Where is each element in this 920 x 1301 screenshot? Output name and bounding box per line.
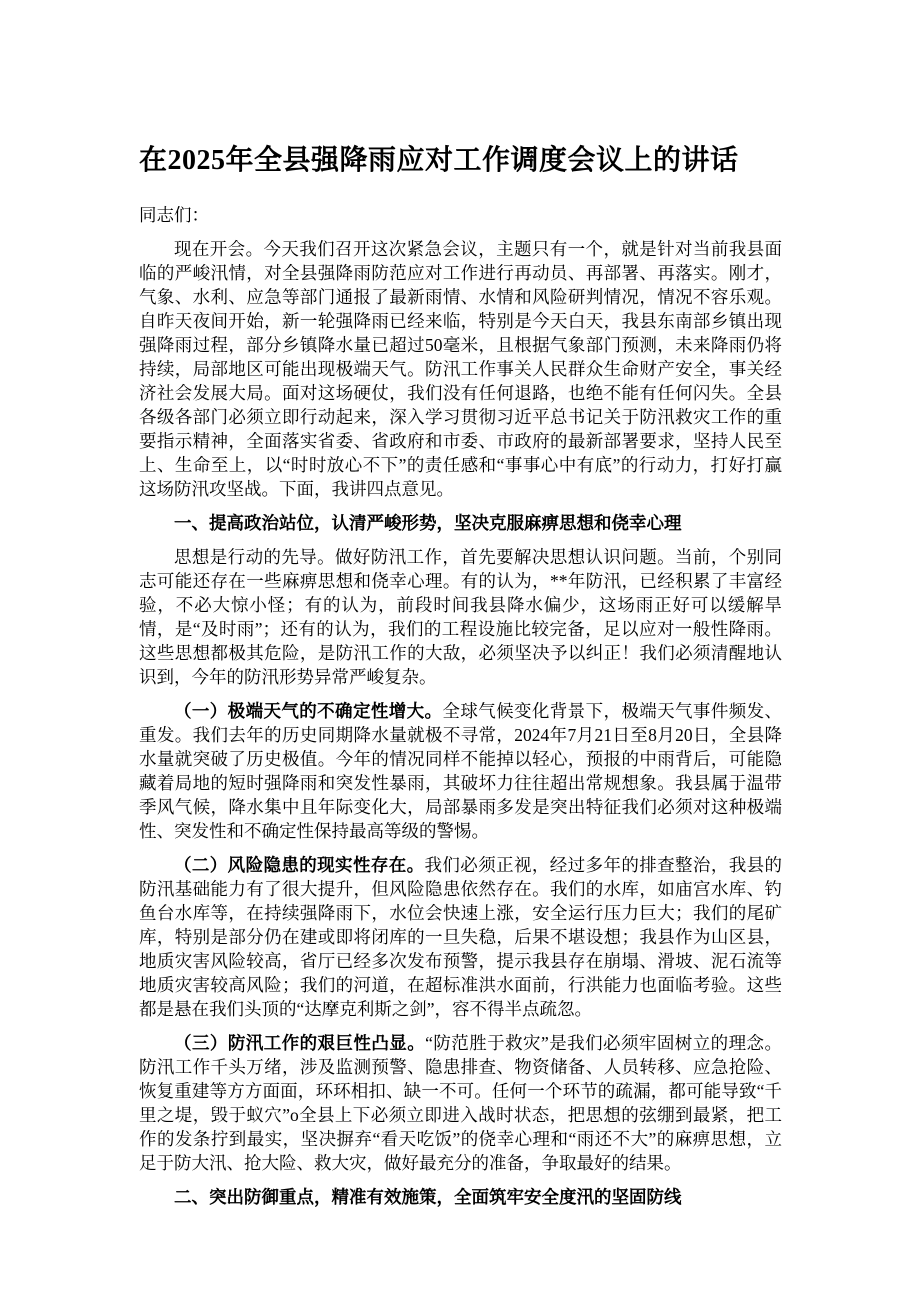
paragraph: （一）极端天气的不确定性增大。全球气候变化背景下，极端天气事件频发、重发。我们去…	[139, 699, 782, 843]
document-page: 在2025年全县强降雨应对工作调度会议上的讲话 同志们： 现在开会。今天我们召开…	[0, 0, 920, 1301]
document-body: 现在开会。今天我们召开这次紧急会议，主题只有一个，就是针对当前我县面临的严峻汛情…	[139, 237, 782, 1209]
document-content: 在2025年全县强降雨应对工作调度会议上的讲话 同志们： 现在开会。今天我们召开…	[139, 145, 782, 1219]
salutation: 同志们：	[139, 203, 782, 227]
section-heading: 二、突出防御重点，精准有效施策，全面筑牢安全度汛的坚固防线	[139, 1185, 782, 1209]
paragraph: 现在开会。今天我们召开这次紧急会议，主题只有一个，就是针对当前我县面临的严峻汛情…	[139, 237, 782, 501]
paragraph-bold-lead: （三）防汛工作的艰巨性凸显。	[174, 1033, 425, 1053]
paragraph: 思想是行动的先导。做好防汛工作，首先要解决思想认识问题。当前，个别同志可能还存在…	[139, 545, 782, 689]
section-heading: 一、提高政治站位，认清严峻形势，坚决克服麻痹思想和侥幸心理	[139, 511, 782, 535]
paragraph-bold-lead: （二）风险隐患的现实性存在。	[174, 855, 425, 875]
paragraph-bold-lead: （一）极端天气的不确定性增大。	[174, 701, 442, 721]
document-title: 在2025年全县强降雨应对工作调度会议上的讲话	[139, 145, 782, 177]
paragraph: （二）风险隐患的现实性存在。我们必须正视，经过多年的排查整治，我县的防汛基础能力…	[139, 853, 782, 1021]
paragraph: （三）防汛工作的艰巨性凸显。“防范胜于救灾”是我们必须牢固树立的理念。防汛工作千…	[139, 1031, 782, 1175]
